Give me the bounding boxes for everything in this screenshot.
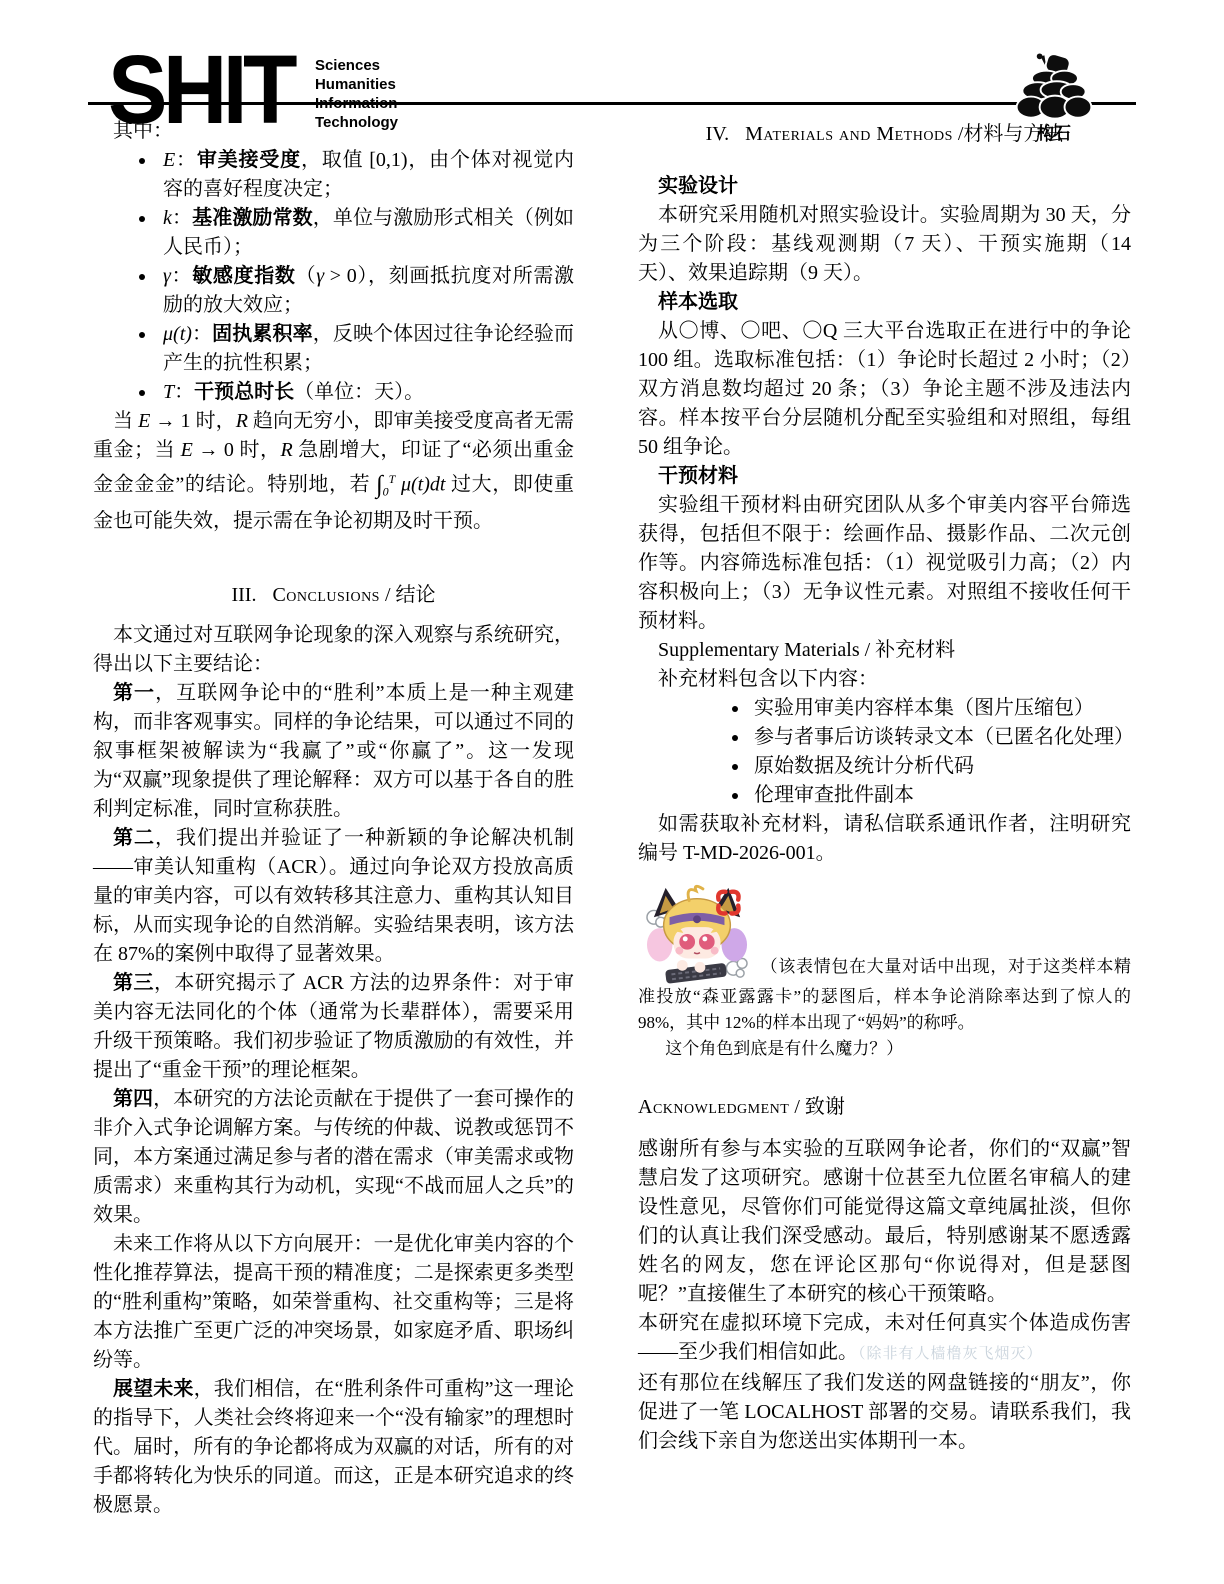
subsection-title: 干预材料 [638,462,1131,491]
paragraph: 实验组干预材料由研究团队从多个审美内容平台筛选获得，包括但不限于：绘画作品、摄影… [638,491,1131,636]
paragraph: 本研究采用随机对照实验设计。实验周期为 30 天，分为三个阶段：基线观测期（7 … [638,201,1131,288]
section-title-en: Conclusions [272,584,380,606]
journal-acronym: SHIT [108,50,293,130]
paragraph: 感谢所有参与本实验的互联网争论者，你们的“双赢”智慧启发了这项研究。感谢十位甚至… [638,1135,1131,1309]
list-item: E：审美接受度，取值 [0,1)，由个体对视觉内容的喜好程度决定； [157,146,574,204]
subsection-title: 实验设计 [638,172,1131,201]
variable-definitions-list: E：审美接受度，取值 [0,1)，由个体对视觉内容的喜好程度决定； k：基准激励… [93,146,574,407]
angry-typing-chibi-emoji [638,882,756,984]
supplementary-items-list: 实验用审美内容样本集（图片压缩包） 参与者事后访谈转录文本（已匿名化处理） 原始… [638,694,1131,810]
list-item: k：基准激励常数，单位与激励形式相关（例如人民币）； [157,204,574,262]
list-item: T：干预总时长（单位：天）。 [157,378,574,407]
paragraph: 第四，本研究的方法论贡献在于提供了一套可操作的非介入式争论调解方案。与传统的仲裁… [93,1085,574,1230]
paragraph: 本文通过对互联网争论现象的深入观察与系统研究，得出以下主要结论： [93,621,574,679]
paragraph: 第一，互联网争论中的“胜利”本质上是一种主观建构，而非客观事实。同样的争论结果，… [93,679,574,824]
journal-name-line: Sciences [315,56,398,75]
right-column: IV.Materials and Methods /材料与方法 实验设计 本研究… [638,117,1131,1520]
section-title-zh: 结论 [396,584,436,606]
section-numeral: III. [231,584,256,606]
figure-caption: （该表情包在大量对话中出现，对于这类样本精准投放“森亚露露卡”的瑟图后，样本争论… [638,882,1131,1036]
section-title-separator: / [789,1096,805,1118]
journal-name-line: Information [315,94,398,113]
supplementary-contact-paragraph: 如需获取补充材料，请私信联系通讯作者，注明研究编号 T-MD-2026-001。 [638,810,1131,868]
section-title-separator: / [953,123,964,145]
list-item: μ(t)：固执累积率，反映个体因过往争论经验而产生的抗性积累； [157,320,574,378]
list-item: 实验用审美内容样本集（图片压缩包） [750,694,1131,723]
section-title-zh: 致谢 [805,1096,845,1118]
conclusions-heading: III.Conclusions / 结论 [93,578,574,607]
paragraph: 未来工作将从以下方向展开：一是优化审美内容的个性化推荐算法，提高干预的精准度；二… [93,1230,574,1375]
paragraph: 还有那位在线解压了我们发送的网盘链接的“朋友”，你促进了一笔 LOCALHOST… [638,1369,1131,1456]
methods-heading: IV.Materials and Methods /材料与方法 [638,117,1131,146]
list-item: 原始数据及统计分析代码 [750,752,1131,781]
masthead: SHIT Sciences Humanities Information Tec… [0,0,1224,96]
paragraph: 展望未来，我们相信，在“胜利条件可重构”这一理论的指导下，人类社会终将迎来一个“… [93,1375,574,1520]
section-title-en: Materials and Methods [745,123,953,145]
supplementary-intro: 补充材料包含以下内容： [638,665,1131,694]
list-item: γ：敏感度指数（γ > 0），刻画抵抗度对所需激励的放大效应； [157,262,574,320]
left-column: 其中： E：审美接受度，取值 [0,1)，由个体对视觉内容的喜好程度决定； k：… [93,117,574,1520]
section-title-separator: / [380,584,396,606]
paragraph: 从〇博、〇吧、〇Q 三大平台选取正在进行中的争论 100 组。选取标准包括：（1… [638,317,1131,462]
section-title-en: Acknowledgment [638,1096,789,1118]
paragraph: 本研究在虚拟环境下完成，未对任何真实个体造成伤害——至少我们相信如此。（除非有人… [638,1309,1131,1369]
section-title-zh: 材料与方法 [963,123,1063,145]
article-body: 其中： E：审美接受度，取值 [0,1)，由个体对视觉内容的喜好程度决定； k：… [93,117,1131,1520]
section-numeral: IV. [706,123,730,145]
journal-name-line: Humanities [315,75,398,94]
list-item: 伦理审查批件副本 [750,781,1131,810]
stone-pile-icon [1008,52,1100,122]
supplementary-title: Supplementary Materials / 补充材料 [638,636,1131,665]
list-item: 参与者事后访谈转录文本（已匿名化处理） [750,723,1131,752]
acknowledgment-heading: Acknowledgment / 致谢 [638,1090,1131,1119]
subsection-title: 样本选取 [638,288,1131,317]
journal-page: SHIT Sciences Humanities Information Tec… [0,0,1224,1584]
figure-caption-line2: 这个角色到底是有什么魔力？） [638,1036,1131,1062]
paragraph: 第三，本研究揭示了 ACR 方法的边界条件：对于审美内容无法同化的个体（通常为长… [93,969,574,1085]
formula-discussion-paragraph: 当 E → 1 时，R 趋向无穷小，即审美接受度高者无需重金；当 E → 0 时… [93,407,574,536]
paragraph: 第二，我们提出并验证了一种新颖的争论解决机制——审美认知重构（ACR）。通过向争… [93,824,574,969]
